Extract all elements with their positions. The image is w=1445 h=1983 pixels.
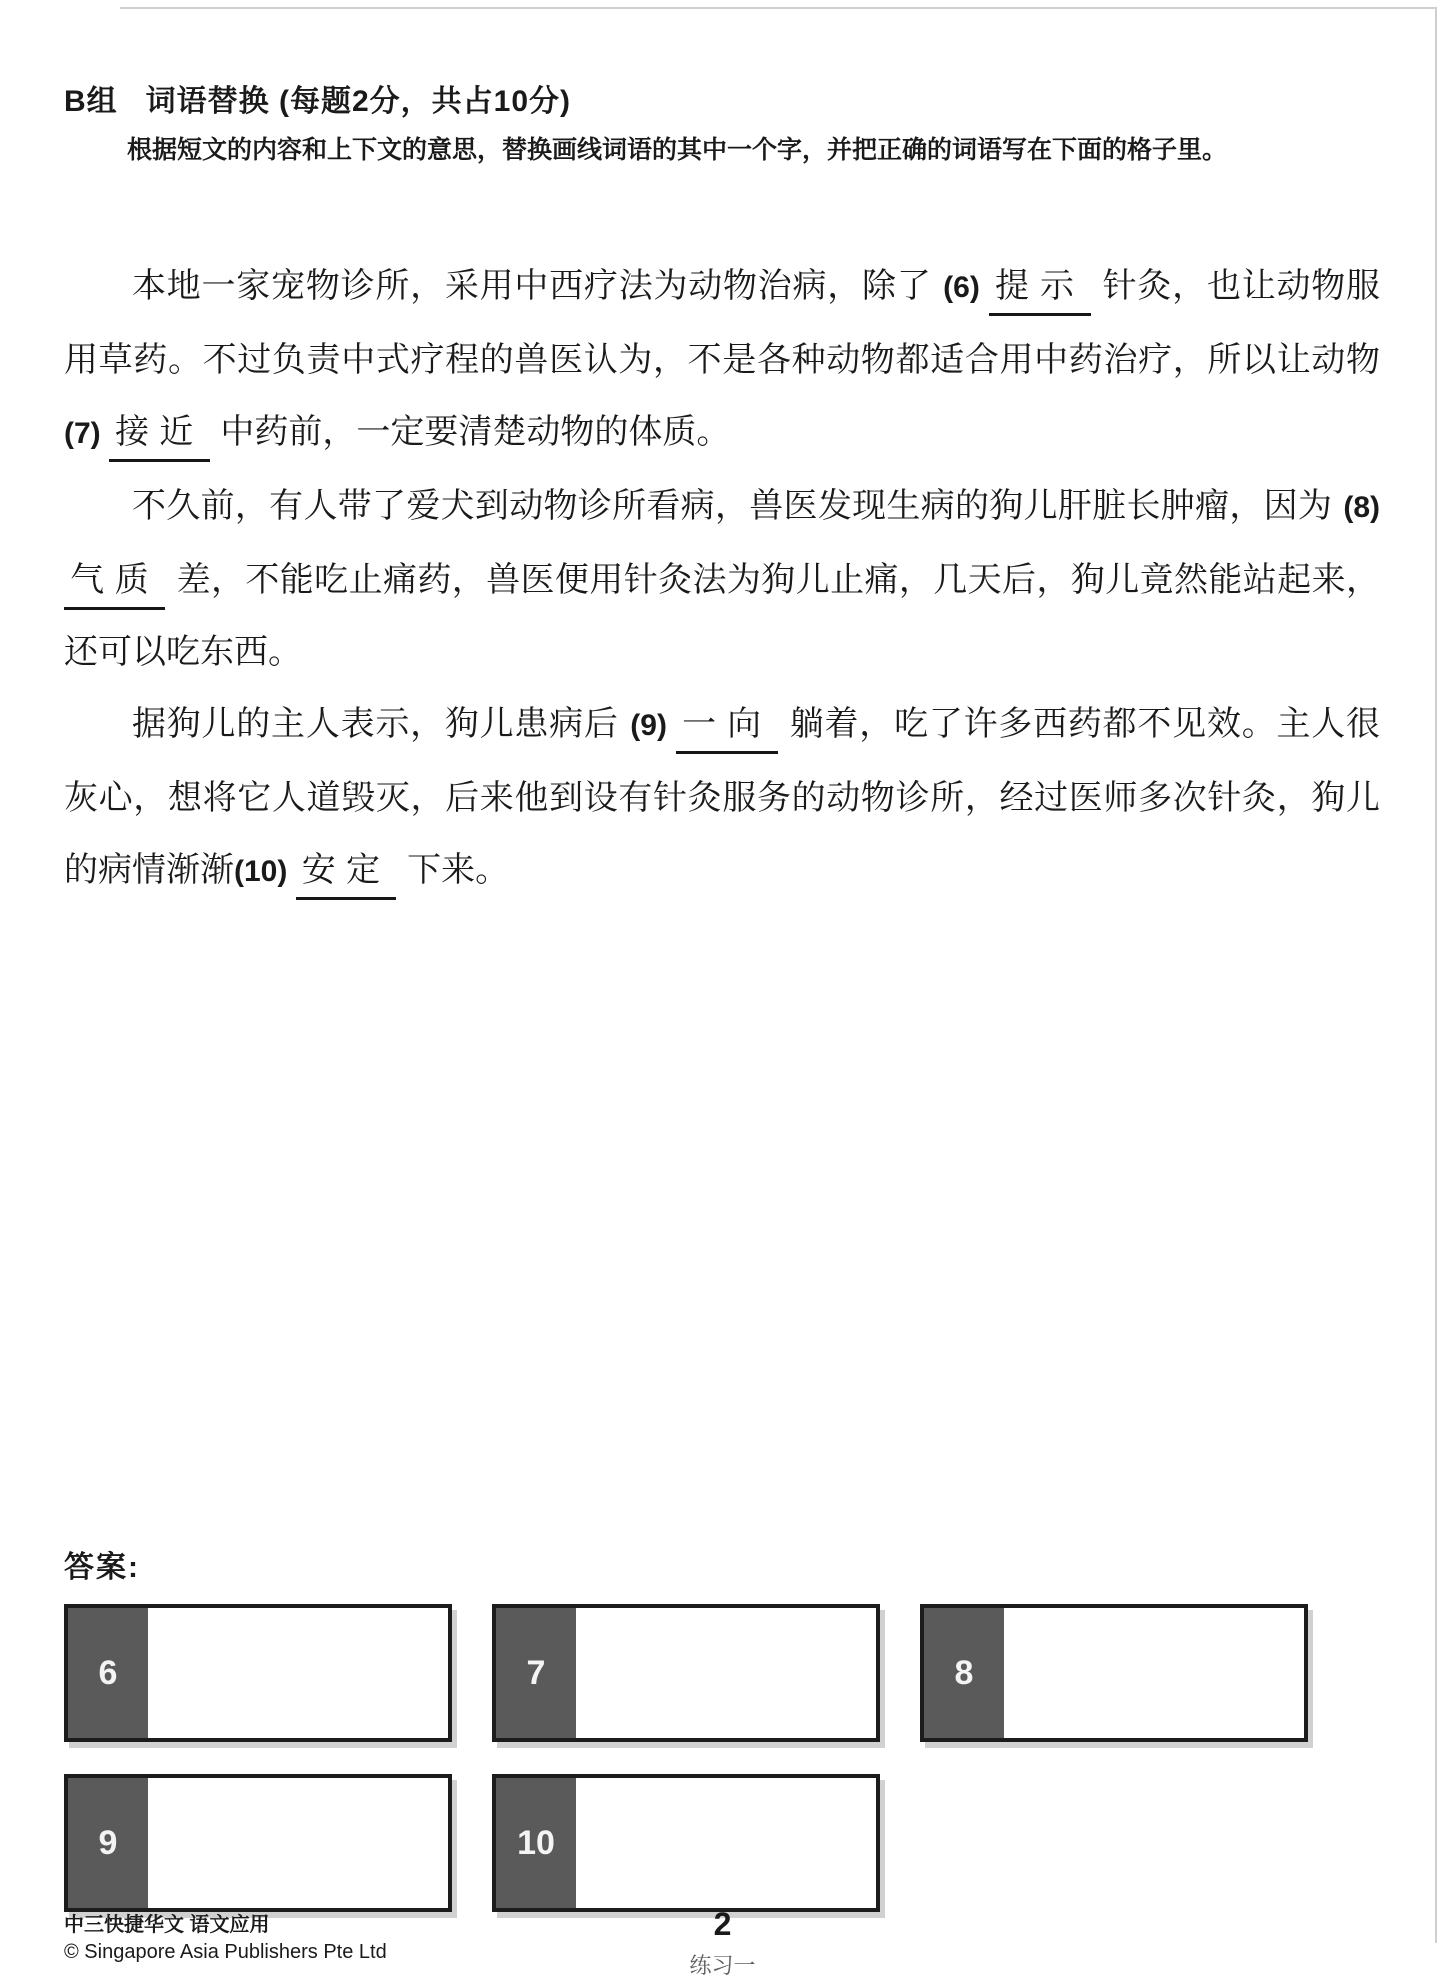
question-number: (9) bbox=[630, 709, 676, 742]
answer-row: 678 bbox=[64, 1604, 1308, 1742]
answer-box-number: 9 bbox=[68, 1778, 148, 1908]
passage-text: 不久前，有人带了爱犬到动物诊所看病，兽医发现生病的狗儿肝脏长肿瘤，因为 bbox=[132, 486, 1343, 526]
page-number: 2 bbox=[623, 1906, 823, 1943]
answer-box-number: 6 bbox=[68, 1608, 148, 1738]
answer-input-area[interactable] bbox=[148, 1778, 448, 1908]
footer-page-info: 2 练习一 bbox=[623, 1906, 823, 1980]
underlined-word: 提示 bbox=[989, 266, 1091, 316]
passage-paragraph: 不久前，有人带了爱犬到动物诊所看病，兽医发现生病的狗儿肝脏长肿瘤，因为 (8) … bbox=[64, 470, 1380, 688]
answer-box-7: 7 bbox=[492, 1604, 880, 1742]
answer-box-number: 8 bbox=[924, 1608, 1004, 1738]
copyright-line: © Singapore Asia Publishers Pte Ltd bbox=[64, 1939, 387, 1966]
answer-box-6: 6 bbox=[64, 1604, 452, 1742]
exercise-label: 练习一 bbox=[623, 1949, 823, 1980]
section-group-label: B组 bbox=[64, 76, 118, 120]
question-number: (6) bbox=[943, 271, 989, 304]
question-number: (10) bbox=[234, 855, 296, 888]
answer-box-10: 10 bbox=[492, 1774, 880, 1912]
answer-box-8: 8 bbox=[920, 1604, 1308, 1742]
footer-publisher: 中三快捷华文 语文应用 © Singapore Asia Publishers … bbox=[64, 1912, 387, 1966]
passage-paragraph: 据狗儿的主人表示，狗儿患病后 (9) 一向 躺着，吃了许多西药都不见效。主人很灰… bbox=[64, 688, 1380, 908]
section-header: B组 词语替换 (每题2分，共占10分) bbox=[64, 76, 571, 120]
instructions-text: 根据短文的内容和上下文的意思，替换画线词语的其中一个字，并把正确的词语写在下面的… bbox=[127, 130, 1382, 171]
section-title: 词语替换 (每题2分，共占10分) bbox=[146, 76, 571, 120]
answers-label: 答案: bbox=[64, 1542, 140, 1586]
answer-box-9: 9 bbox=[64, 1774, 452, 1912]
passage-text: 据狗儿的主人表示，狗儿患病后 bbox=[132, 704, 630, 744]
underlined-word: 一向 bbox=[676, 704, 778, 754]
passage-text: 差，不能吃止痛药，兽医便用针灸法为狗儿止痛，几天后，狗儿竟然能站起来，还可以吃东… bbox=[64, 560, 1380, 672]
answer-input-area[interactable] bbox=[1004, 1608, 1304, 1738]
answer-input-area[interactable] bbox=[576, 1608, 876, 1738]
answer-row: 910 bbox=[64, 1774, 1308, 1912]
passage-text: 中药前，一定要清楚动物的体质。 bbox=[210, 412, 731, 452]
book-title: 中三快捷华文 语文应用 bbox=[64, 1912, 387, 1939]
passage-text: 下来。 bbox=[396, 850, 509, 890]
question-number: (7) bbox=[64, 417, 109, 450]
answer-input-area[interactable] bbox=[148, 1608, 448, 1738]
answer-box-number: 10 bbox=[496, 1778, 576, 1908]
worksheet-page: B组 词语替换 (每题2分，共占10分) 根据短文的内容和上下文的意思，替换画线… bbox=[0, 0, 1445, 1983]
question-number: (8) bbox=[1343, 491, 1380, 524]
underlined-word: 安定 bbox=[296, 850, 397, 900]
answer-box-number: 7 bbox=[496, 1608, 576, 1738]
scan-artifact bbox=[120, 7, 1435, 9]
scan-artifact bbox=[1435, 7, 1437, 1943]
answer-grid: 678910 bbox=[64, 1604, 1308, 1944]
underlined-word: 接近 bbox=[109, 412, 210, 462]
passage: 本地一家宠物诊所，采用中西疗法为动物治病，除了 (6) 提示 针灸，也让动物服用… bbox=[64, 250, 1380, 908]
passage-text: 本地一家宠物诊所，采用中西疗法为动物治病，除了 bbox=[132, 266, 943, 306]
underlined-word: 气质 bbox=[64, 560, 165, 610]
passage-paragraph: 本地一家宠物诊所，采用中西疗法为动物治病，除了 (6) 提示 针灸，也让动物服用… bbox=[64, 250, 1380, 470]
answer-input-area[interactable] bbox=[576, 1778, 876, 1908]
